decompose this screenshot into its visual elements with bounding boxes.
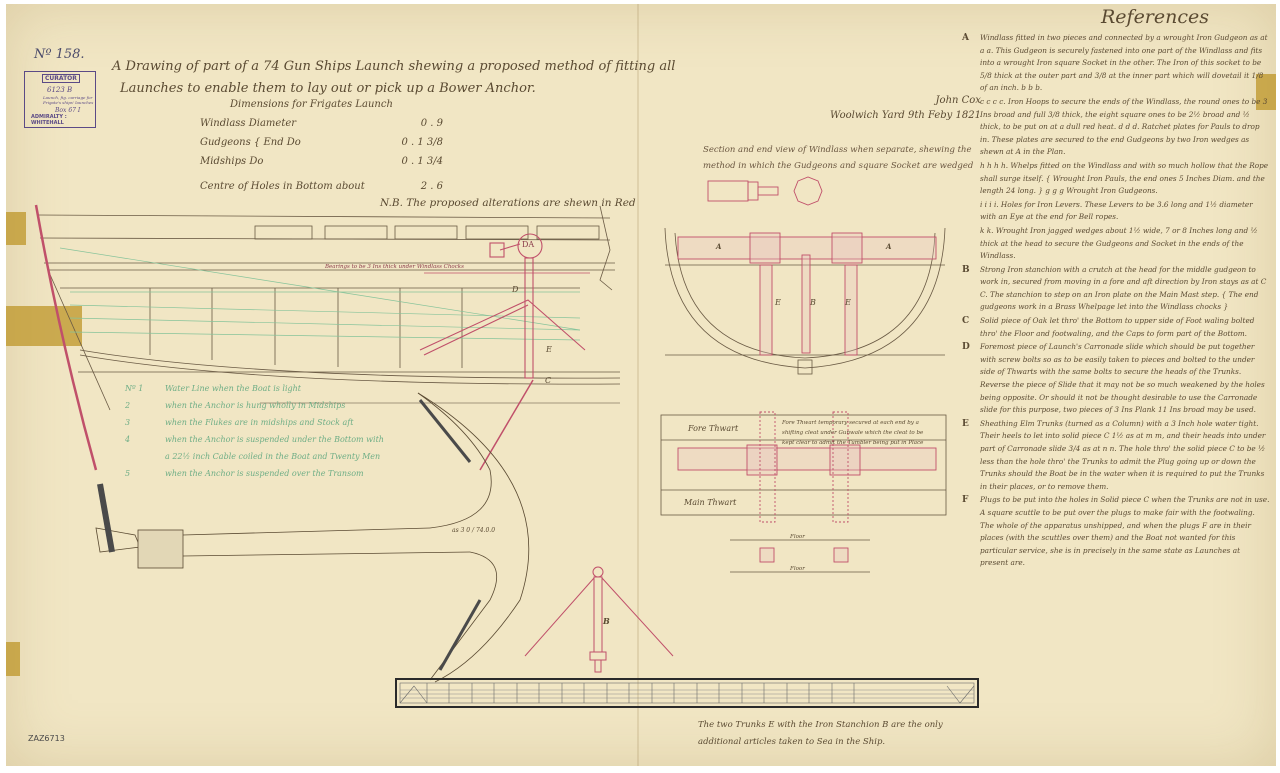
thwart-note: Fore Thwart temporary secured at each en… [782, 418, 937, 448]
stanchion-label: B [603, 616, 610, 626]
section-label-E-right: E [845, 298, 851, 307]
reference-item: c c c c. Iron Hoops to secure the ends o… [980, 96, 1270, 159]
curator-stamp: CURATOR 6123 B Launch, fig. carriage for… [24, 71, 96, 128]
scale-bar [396, 679, 978, 707]
label-C: C [545, 376, 551, 385]
reference-item: BStrong Iron stanchion with a crutch at … [980, 264, 1270, 314]
section-label-A-right: A [886, 242, 891, 251]
section-label-E-left: E [775, 298, 781, 307]
waterline-row: 3when the Flukes are in midships and Sto… [125, 414, 384, 431]
nb-note: N.B. The proposed alterations are shewn … [380, 197, 636, 209]
signature-place-date: Woolwich Yard 9th Feby 1821 [830, 108, 981, 123]
drawing-title: A Drawing of part of a 74 Gun Ships Laun… [112, 56, 675, 100]
section-label-A-left: A [716, 242, 721, 251]
main-thwart-label: Main Thwart [684, 498, 736, 507]
stamp-note: Launch, fig. carriage for Frigate's ship… [43, 95, 95, 105]
windlass-label: DA [522, 240, 534, 249]
title-line-1: A Drawing of part of a 74 Gun Ships Laun… [112, 56, 675, 78]
waterline-row: 4when the Anchor is suspended under the … [125, 431, 384, 448]
signature-block: John Cox Woolwich Yard 9th Feby 1821 [830, 93, 981, 123]
section-label-B: B [810, 298, 816, 307]
section-note: Section and end view of Windlass when se… [703, 142, 973, 174]
references-heading: References [980, 6, 1270, 28]
waterline-row: Nº 1Water Line when the Boat is light [125, 380, 384, 397]
reference-item: k k. Wrought Iron jagged wedges about 1½… [980, 225, 1270, 263]
dimension-row: Midships Do0 . 1 3/4 [200, 152, 443, 171]
stamp-header: CURATOR [42, 74, 80, 83]
waterline-legend: Nº 1Water Line when the Boat is light 2w… [125, 380, 384, 482]
dimension-row: Centre of Holes in Bottom about2 . 6 [200, 177, 443, 196]
catalog-number: ZAZ6713 [28, 734, 65, 743]
anchor-weight-note: as 3 0 / 74.0.0 [452, 527, 495, 534]
label-E: E [546, 345, 552, 354]
floor-label-top: Floor [790, 534, 805, 540]
reference-item: h h h h. Whelps fitted on the Windlass a… [980, 160, 1270, 198]
references-panel: References AWindlass fitted in two piece… [980, 6, 1270, 571]
fore-thwart-label: Fore Thwart [688, 424, 738, 433]
reference-item: CSolid piece of Oak let thro' the Bottom… [980, 315, 1270, 340]
dimension-row: Windlass Diameter0 . 9 [200, 114, 443, 133]
stamp-number: 6123 B [47, 86, 72, 94]
reference-item: i i i i. Holes for Iron Levers. These Le… [980, 199, 1270, 224]
bottom-note: The two Trunks E with the Iron Stanchion… [698, 717, 943, 751]
reference-item: FPlugs to be put into the holes in Solid… [980, 494, 1270, 570]
waterline-row: a 22½ inch Cable coiled in the Boat and … [125, 448, 384, 465]
waterlines [60, 248, 580, 340]
windlass-section [678, 233, 936, 355]
bearer-note: Bearings to be 3 Ins thick under Windlas… [325, 264, 464, 270]
reference-item: ESheathing Elm Trunks (turned as a Colum… [980, 418, 1270, 494]
waterline-row: 2when the Anchor is hung wholly in Midsh… [125, 397, 384, 414]
dimension-row: Gudgeons { End Do0 . 1 3/8 [200, 133, 443, 152]
iron-stanchion [525, 567, 673, 672]
stamp-footer: ADMIRALTY : WHITEHALL [31, 114, 95, 126]
stamp-box: Box 67 I [55, 107, 80, 114]
dimensions-table: Dimensions for Frigates Launch Windlass … [200, 95, 443, 196]
windlass-detail [708, 177, 822, 205]
signature-name: John Cox [830, 93, 981, 108]
reference-item: DForemost piece of Launch's Carronade sl… [980, 341, 1270, 417]
dimensions-heading: Dimensions for Frigates Launch [200, 95, 443, 114]
reference-item: AWindlass fitted in two pieces and conne… [980, 32, 1270, 95]
label-D: D [512, 285, 518, 294]
waterline-row: 5when the Anchor is suspended over the T… [125, 465, 384, 482]
drawing-number: Nº 158. [34, 48, 85, 62]
floor-label-bottom: Floor [790, 566, 805, 572]
